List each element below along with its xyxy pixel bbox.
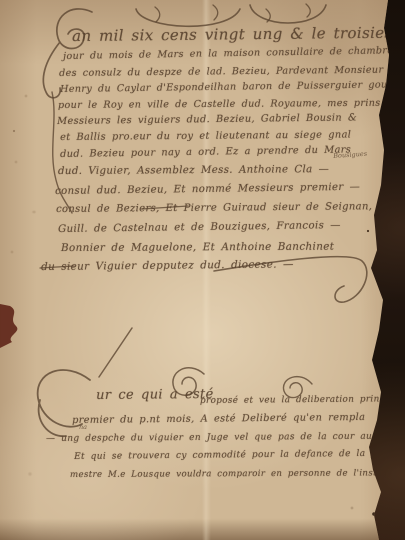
manuscript-line: Henry du Caylar d'Espondeilhan baron de … [60, 79, 405, 95]
manuscript-line: mestre M.e Lousque vouldra comparoir en … [70, 468, 405, 480]
manuscript-line: an mil six cens vingt ung & le troisiesm… [72, 23, 405, 45]
marginal-annotation: na [79, 423, 87, 431]
manuscript-line: pour le Roy en ville de Castelle dud. Ro… [58, 98, 405, 111]
manuscript-line: — ung despche du viguier en Juge vel que… [46, 432, 400, 444]
manuscript-line: Et qui se trouvera cy commodité pour la … [74, 449, 397, 462]
marginal-annotation: Bousigues [333, 150, 367, 160]
handwritten-text-layer: an mil six cens vingt ung & le troisiesm… [0, 0, 405, 540]
manuscript-line: consul de Beziers, Et Pierre Guiraud sie… [56, 201, 389, 215]
manuscript-line-lead: ur ce qui a esté [96, 387, 214, 403]
manuscript-line: proposé et veu la deliberation prinse le [200, 394, 404, 406]
manuscript-line: Messieurs les viguiers dud. Bezieu, Gabr… [57, 112, 357, 127]
manuscript-page: an mil six cens vingt ung & le troisiesm… [0, 0, 405, 540]
manuscript-line: Bonnier de Maguelone, Et Anthoine Banchi… [61, 241, 334, 254]
manuscript-line: des consulz du despze de lad. Bezieu, Pa… [59, 64, 399, 79]
manuscript-line: Guill. de Castelnau et de Bouzigues, Fra… [58, 220, 341, 235]
manuscript-line: premier du p.nt mois, A esté Deliberé qu… [72, 412, 365, 426]
manuscript-line: dud. Viguier, Assemblez Mess. Anthoine C… [58, 164, 329, 177]
manuscript-line: du sieur Viguier depputez dud. diocese. … [41, 258, 294, 273]
photo-of-manuscript: an mil six cens vingt ung & le troisiesm… [0, 0, 405, 540]
manuscript-line: dud. Bezieu pour nay a ord. Ez a prendre… [60, 144, 351, 160]
manuscript-line: et Ballis pro.eur du roy et lieutenant a… [60, 129, 351, 143]
manuscript-line: jour du mois de Mars en la maison consul… [63, 45, 405, 62]
manuscript-line: consul dud. Bezieu, Et nommé Messieurs p… [55, 182, 360, 197]
